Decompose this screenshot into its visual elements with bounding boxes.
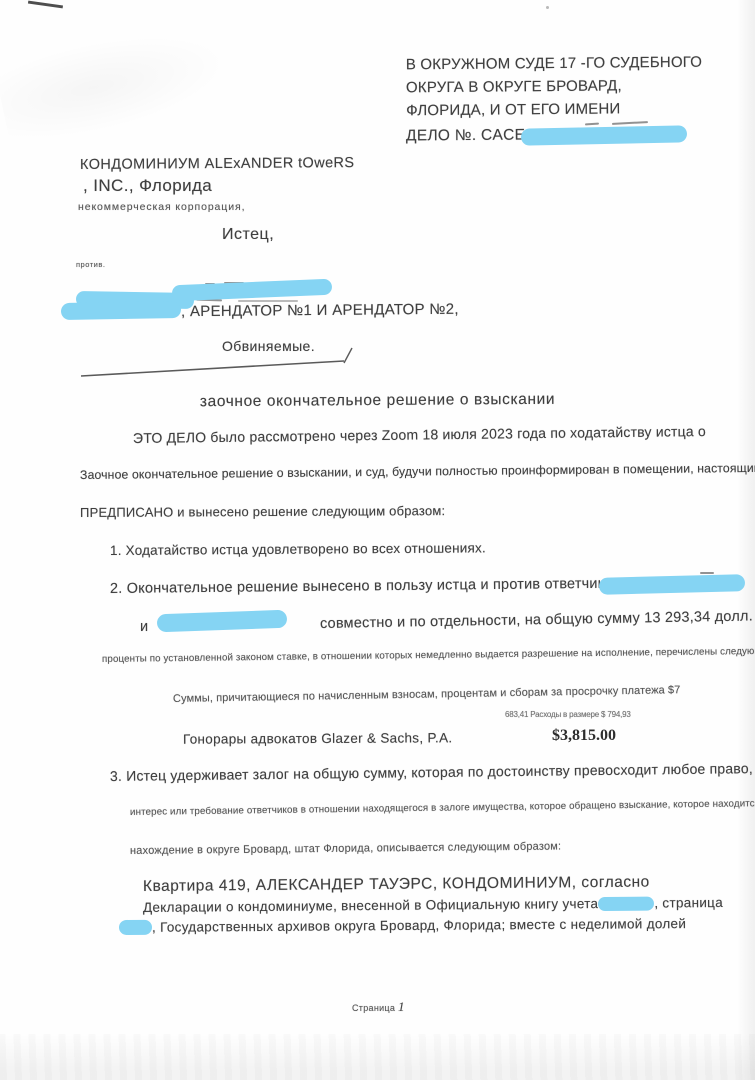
case-number-label: ДЕЛО №. CACE: [406, 127, 525, 146]
item1-line: 1. Ходатайство истца удовлетворено во вс…: [110, 540, 486, 558]
property-line2-post: , страница: [654, 895, 723, 911]
record-book-redaction: [598, 897, 654, 911]
item2-defendant-redaction-2: [157, 610, 288, 633]
attorney-fees-amount: $3,815.00: [552, 727, 616, 745]
court-header-line2: ОКРУГА В ОКРУГЕ БРОВАРД,: [406, 74, 703, 100]
versus-label: против.: [76, 260, 105, 269]
document-title: заочное окончательное решение о взыскани…: [0, 389, 755, 412]
plaintiff-role: Истец,: [222, 226, 274, 244]
case-number-redaction: [521, 125, 687, 145]
defendant-name-redaction-second: [61, 301, 181, 320]
amounts-line2: 683,41 Расходы в размере $ 794,93: [505, 710, 631, 719]
item3-line2: интерес или требование ответчиков в отно…: [130, 797, 755, 818]
page-number-redaction: [119, 920, 152, 935]
signature-line: [78, 346, 363, 380]
property-line3: , Государственных архивов округа Бровард…: [119, 916, 686, 935]
item2-line2: совместно и по отдельности, на общую сум…: [320, 608, 753, 632]
plaintiff-name-line1: КОНДОМИНИУМ ALExANDER tOweRS: [80, 155, 355, 173]
property-line3-text: , Государственных архивов округа Бровард…: [152, 916, 686, 935]
court-header: В ОКРУЖНОМ СУДЕ 17 -ГО СУДЕБНОГО ОКРУГА …: [406, 51, 703, 123]
court-header-line3: ФЛОРИДА, И ОТ ЕГО ИМЕНИ: [406, 97, 703, 123]
plaintiff-descriptor: некоммерческая корпорация,: [78, 201, 245, 213]
attorney-fees-label: Гонорары адвокатов Glazer & Sachs, P.A.: [183, 730, 452, 746]
scan-edge-bottom: [0, 1034, 755, 1080]
item2-defendant-redaction-1: [599, 574, 745, 595]
scanned-document-page: В ОКРУЖНОМ СУДЕ 17 -ГО СУДЕБНОГО ОКРУГА …: [0, 0, 755, 1080]
scan-smudge: [0, 15, 237, 151]
redacted-text-remnant: [700, 572, 714, 574]
item2-and: и: [140, 619, 148, 635]
item2-line1: 2. Окончательное решение вынесено в поль…: [110, 576, 621, 597]
court-header-line1: В ОКРУЖНОМ СУДЕ 17 -ГО СУДЕБНОГО: [406, 51, 703, 77]
item3-line1: 3. Истец удерживает залог на общую сумму…: [110, 760, 755, 784]
redacted-text-remnant: [612, 121, 648, 125]
para1-line1: ЭТО ДЕЛО было рассмотрено через Zoom 18 …: [133, 423, 706, 446]
item2-line3: проценты по установленной законом ставке…: [102, 645, 755, 665]
redacted-text-remnant: [585, 123, 599, 126]
property-line2-pre: Декларации о кондоминиуме, внесенной в О…: [143, 896, 598, 915]
defendants-line-suffix: , АРЕНДАТОР №1 И АРЕНДАТОР №2,: [181, 301, 459, 320]
ordered-line: ПРЕДПИСАНО и вынесено решение следующим …: [80, 503, 445, 520]
para1-line2: Заочное окончательное решение о взыскани…: [80, 461, 755, 482]
scan-edge-right: [737, 0, 755, 1080]
amounts-line1: Суммы, причитающиеся по начисленным взно…: [173, 684, 681, 705]
page-footer-number: 1: [398, 999, 405, 1014]
staple-scan-artifact: [28, 1, 63, 8]
property-line2: Декларации о кондоминиуме, внесенной в О…: [143, 895, 723, 915]
scan-speck: [546, 6, 549, 9]
item3-line3: нахождение в округе Бровард, штат Флорид…: [130, 840, 561, 857]
plaintiff-name-line2: , INC., Флорида: [83, 176, 212, 196]
property-line1: Квартира 419, АЛЕКСАНДЕР ТАУЭРС, КОНДОМИ…: [143, 874, 650, 896]
defendant-name-redaction-right: [172, 279, 333, 302]
page-footer: Страница 1: [352, 999, 405, 1015]
page-footer-label: Страница: [352, 1003, 395, 1013]
